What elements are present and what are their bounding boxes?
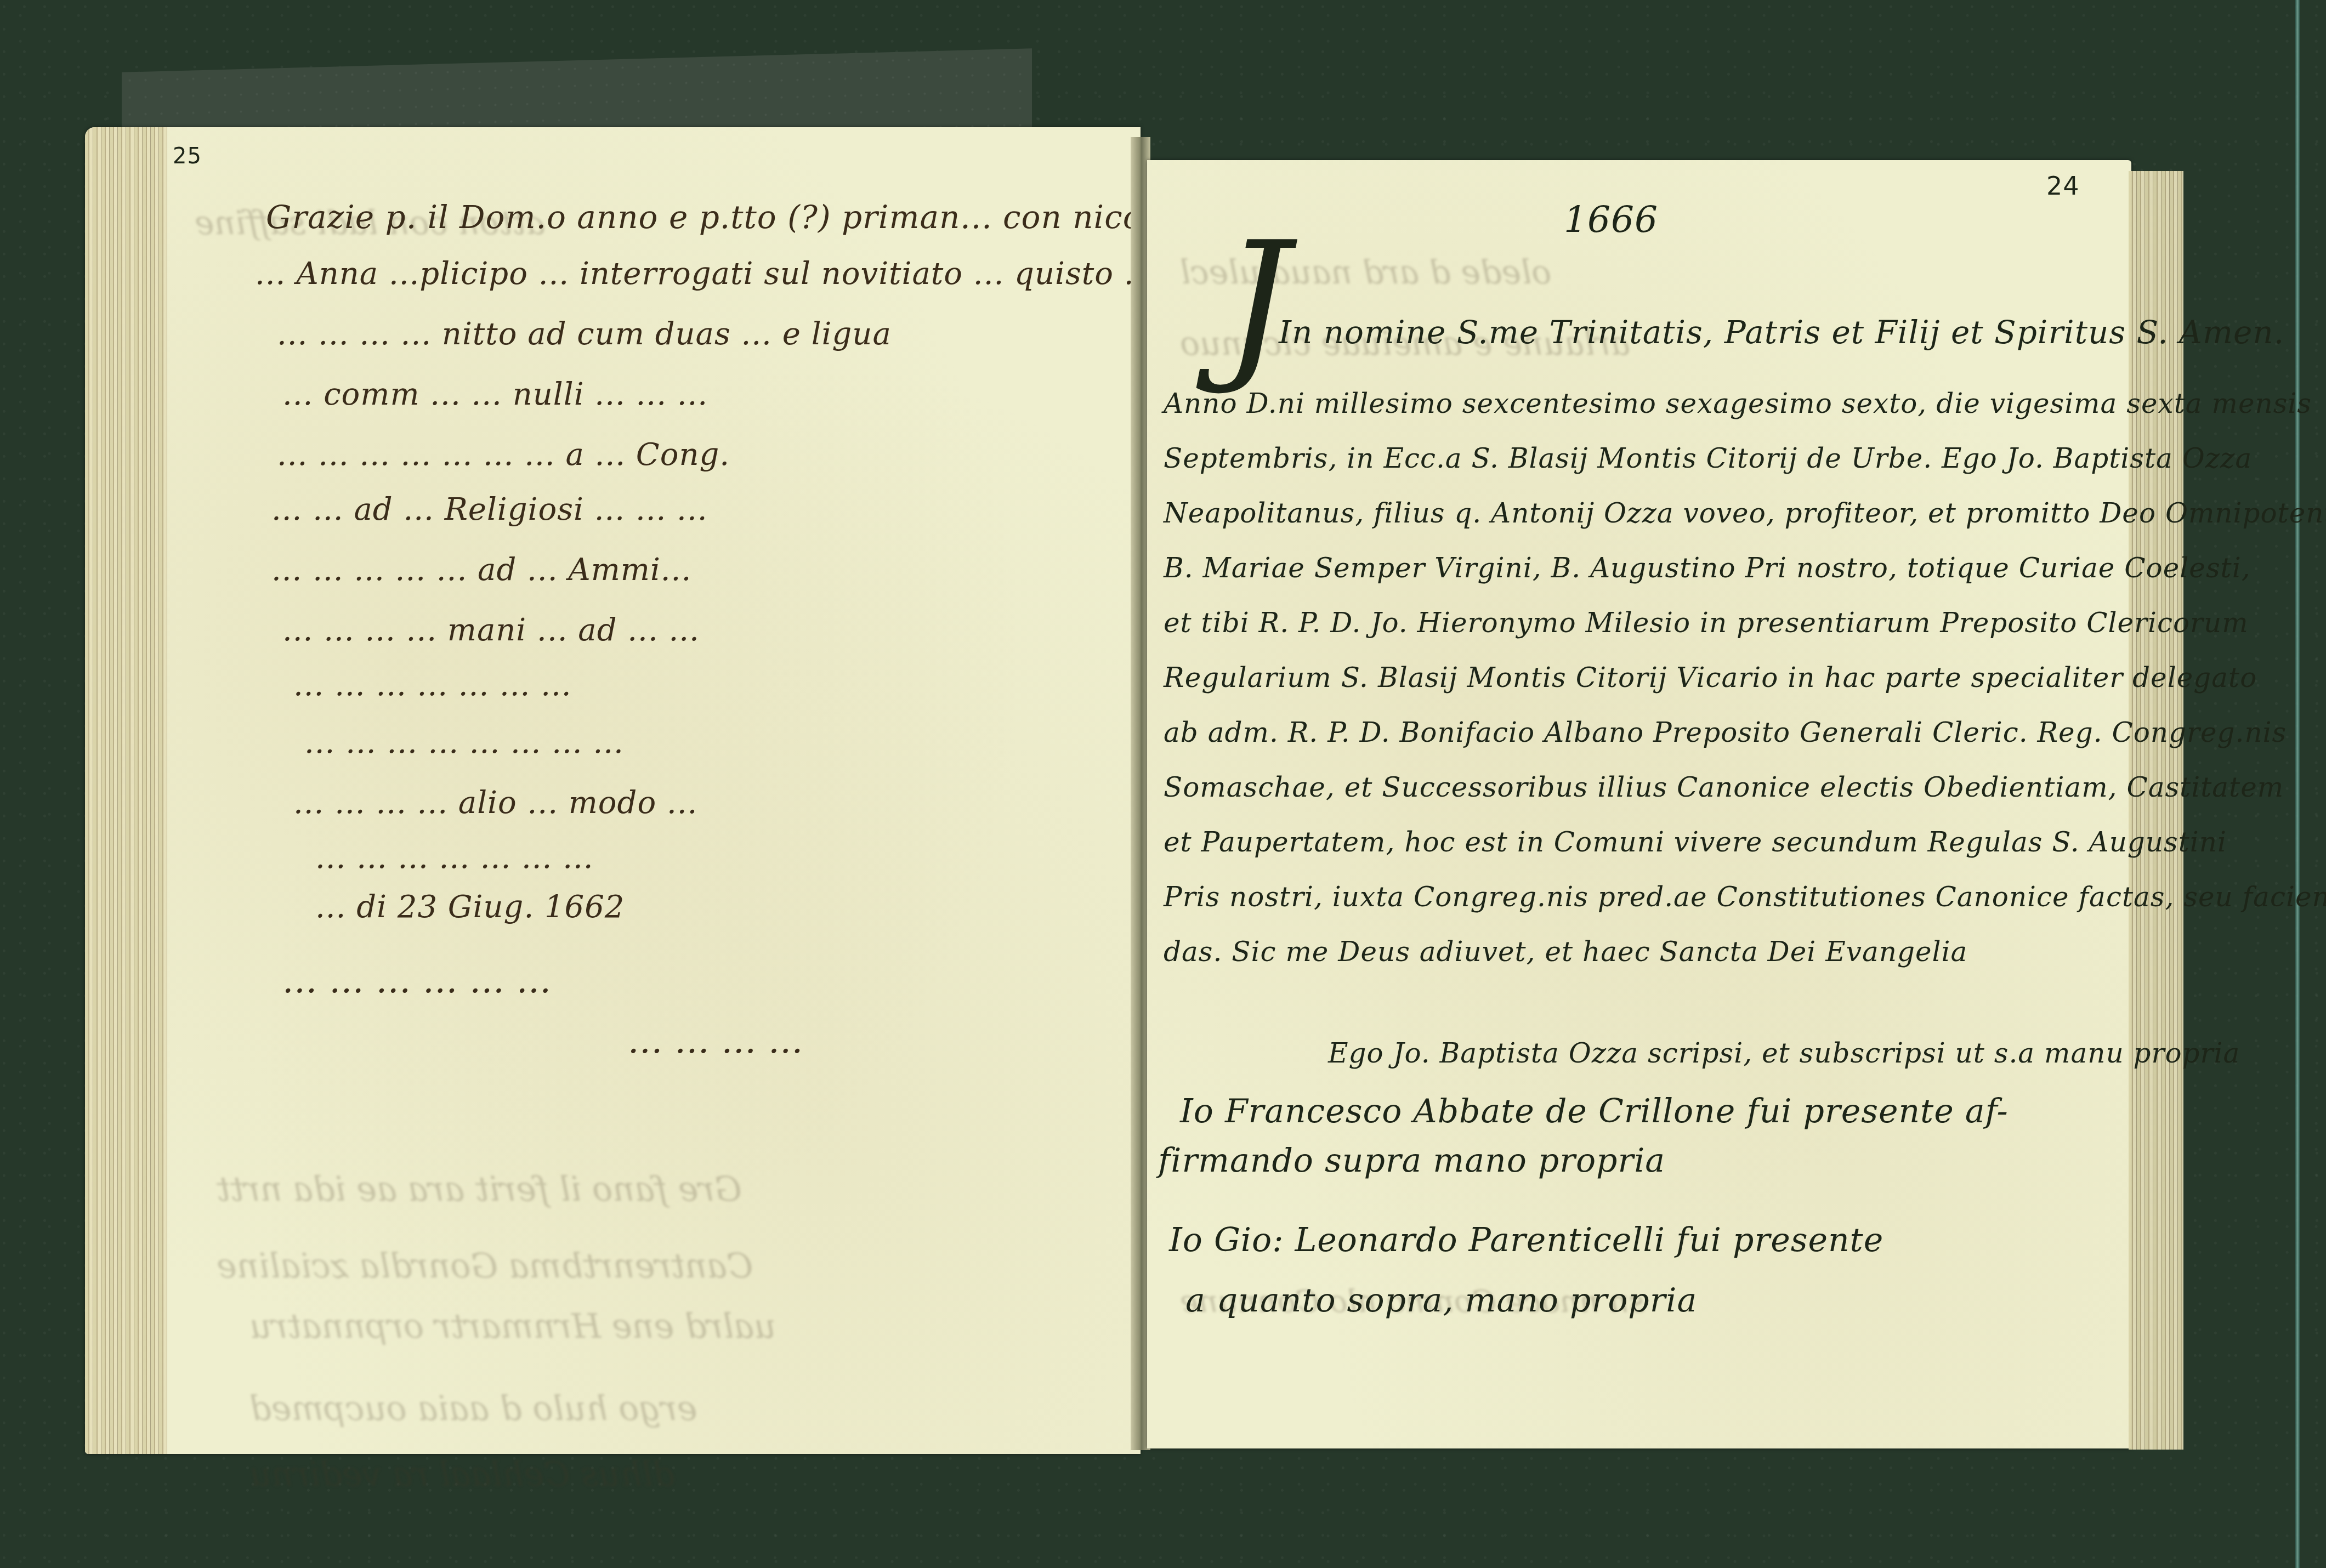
signature-line: firmando supra mano propria	[1158, 1141, 1665, 1180]
right-fore-edge	[2129, 171, 2183, 1450]
text-line: ... ... ... ... ... ... ...	[293, 667, 572, 703]
text-line: ... ... ... ... mani ... ad ... ...	[282, 612, 700, 648]
signature-line: a quanto sopra, mano propria	[1185, 1281, 1697, 1320]
bleed-through-text: dlhus Cehlaal ra vedirnu	[249, 1454, 674, 1494]
text-line: ... Anna ...plicipo ... interrogati sul …	[255, 256, 1155, 292]
glass-plate-edge	[2295, 0, 2300, 1568]
bleed-through-text: Cantrenrtbma Gonrdla zcialine	[217, 1246, 753, 1286]
text-line: Grazie p. il Dom.o anno e p.tto (?) prim…	[266, 198, 1230, 236]
body-line: Septembris, in Ecc.a S. Blasij Montis Ci…	[1164, 442, 2252, 474]
text-line: ... ... ... ... alio ... modo ...	[293, 785, 697, 821]
body-line: das. Sic me Deus adiuvet, et haec Sancta…	[1164, 936, 1967, 968]
year-heading: 1666	[1564, 198, 1658, 241]
bleed-through-text: ualrd ene Hrnmartr orpnnatru	[249, 1306, 776, 1346]
date-line: ... di 23 Giug. 1662	[315, 889, 625, 925]
body-line: B. Mariae Semper Virgini, B. Augustino P…	[1164, 552, 2251, 584]
signature-line: Io Gio: Leonardo Parenticelli fui presen…	[1169, 1221, 1884, 1259]
signature-line: Io Francesco Abbate de Crillone fui pres…	[1180, 1092, 2009, 1130]
body-line: Anno D.ni millesimo sexcentesimo sexages…	[1164, 388, 2312, 419]
text-line: ... ... ... ... nitto ad cum duas ... e …	[277, 316, 892, 352]
text-line: ... ... ... ... ... ... ...	[315, 840, 594, 876]
body-line: Pris nostri, iuxta Congreg.nis pred.ae C…	[1164, 881, 2326, 913]
body-line: et Paupertatem, hoc est in Comuni vivere…	[1164, 826, 2227, 858]
body-line: ab adm. R. P. D. Bonifacio Albano Prepos…	[1164, 717, 2287, 748]
bleed-through-text: Gre fano il ferit ara ae ida nrtt	[217, 1169, 742, 1209]
invocation-line: In nomine S.me Trinitatis, Patris et Fil…	[1279, 314, 2284, 351]
text-line: ... ... ad ... Religiosi ... ... ...	[271, 492, 708, 527]
bleed-through-text: ergo hulo d aaia oucpmed	[249, 1388, 697, 1428]
text-line: ... ... ... ... ... ad ... Ammi...	[271, 552, 691, 588]
page-number: 25	[173, 144, 202, 169]
right-page: olede d ard naua ulecl arlaune e ameiuae…	[1147, 160, 2131, 1448]
text-line: ... comm ... ... nulli ... ... ...	[282, 377, 708, 412]
signature-line: ... ... ... ... ... ...	[282, 961, 552, 1001]
body-line: Neapolitanus, filius q. Antonij Ozza vov…	[1164, 497, 2326, 529]
left-fore-edge	[85, 127, 167, 1454]
page-number: 24	[2046, 171, 2080, 201]
text-line: ... ... ... ... ... ... ... a ... Cong.	[277, 437, 730, 473]
signature-line: ... ... ... ...	[628, 1021, 803, 1061]
body-line: et tibi R. P. D. Jo. Hieronymo Milesio i…	[1164, 607, 2249, 639]
signature-line: Ego Jo. Baptista Ozza scripsi, et subscr…	[1328, 1037, 2240, 1069]
decorative-initial: J	[1224, 220, 1290, 385]
body-line: Somaschae, et Successoribus illius Canon…	[1164, 771, 2284, 803]
left-page: atton con ladi saffine Gre fano il ferit…	[85, 127, 1141, 1454]
body-line: Regularium S. Blasij Montis Citorij Vica…	[1164, 662, 2257, 694]
text-line: ... ... ... ... ... ... ... ...	[304, 725, 624, 760]
